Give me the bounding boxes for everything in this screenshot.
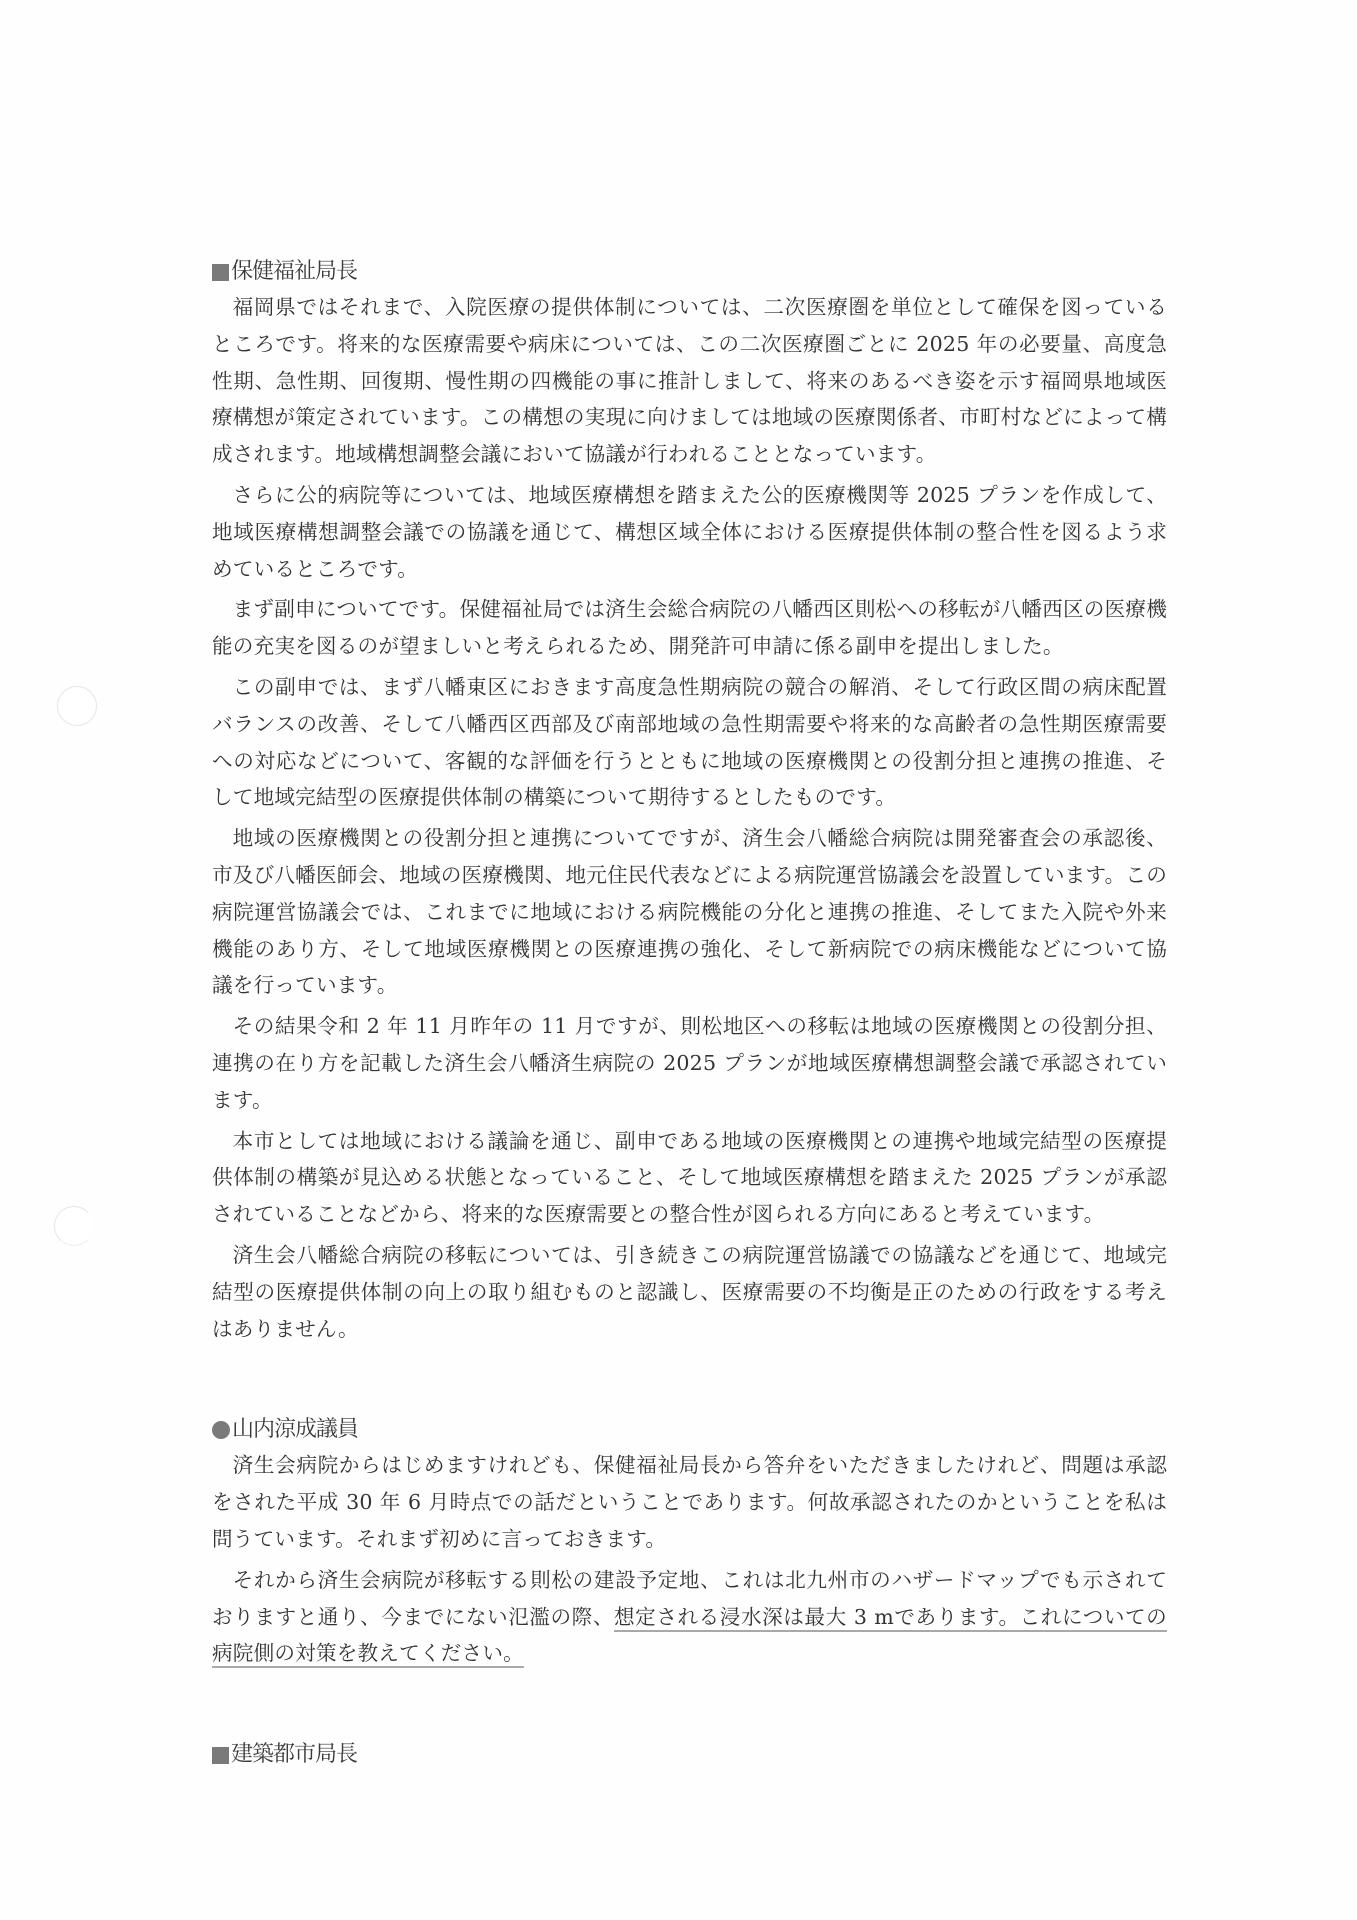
document-page: 保健福祉局長 福岡県ではそれまで、入院医療の提供体制については、二次医療圏を単位… [0,0,1357,1920]
paragraph: まず副申についてです。保健福祉局では済生会総合病院の八幡西区則松への移転が八幡西… [212,591,1167,665]
speech-section: 保健福祉局長 福岡県ではそれまで、入院医療の提供体制については、二次医療圏を単位… [212,255,1167,1347]
square-bullet-icon [212,264,229,281]
paragraph: 福岡県ではそれまで、入院医療の提供体制については、二次医療圏を単位として確保を図… [212,289,1167,473]
speaker-name: 保健福祉局長 [231,255,357,289]
paragraph: その結果令和 2 年 11 月昨年の 11 月ですが、則松地区への移転は地域の医… [212,1008,1167,1118]
punch-hole-mark [54,1206,94,1246]
document-body: 保健福祉局長 福岡県ではそれまで、入院医療の提供体制については、二次医療圏を単位… [212,255,1167,1772]
paragraph: さらに公的病院等については、地域医療構想を踏まえた公的医療機関等 2025 プラ… [212,477,1167,587]
circle-bullet-icon [212,1421,230,1439]
speech-section: 山内涼成議員 済生会病院からはじめますけれども、保健福祉局長から答弁をいただきま… [212,1413,1167,1672]
paragraph: この副申では、まず八幡東区におきます高度急性期病院の競合の解消、そして行政区間の… [212,669,1167,816]
paragraph: 済生会病院からはじめますけれども、保健福祉局長から答弁をいただきましたけれど、問… [212,1447,1167,1557]
paragraph: 済生会八幡総合病院の移転については、引き続きこの病院運営協議での協議などを通じて… [212,1237,1167,1347]
paragraph-with-underline: それから済生会病院が移転する則松の建設予定地、これは北九州市のハザードマップでも… [212,1562,1167,1672]
speaker-name: 山内涼成議員 [232,1413,358,1447]
section-spacer [212,1676,1167,1738]
speaker-heading: 建築都市局長 [212,1738,1167,1772]
paragraph: 地域の医療機関との役割分担と連携についてですが、済生会八幡総合病院は開発審査会の… [212,820,1167,1004]
speech-section: 建築都市局長 [212,1738,1167,1772]
speaker-heading: 保健福祉局長 [212,255,1167,289]
square-bullet-icon [212,1747,229,1764]
section-spacer [212,1351,1167,1413]
paragraph: 本市としては地域における議論を通じ、副申である地域の医療機関との連携や地域完結型… [212,1123,1167,1233]
punch-hole-mark [57,686,97,726]
speaker-name: 建築都市局長 [231,1738,357,1772]
speaker-heading: 山内涼成議員 [212,1413,1167,1447]
